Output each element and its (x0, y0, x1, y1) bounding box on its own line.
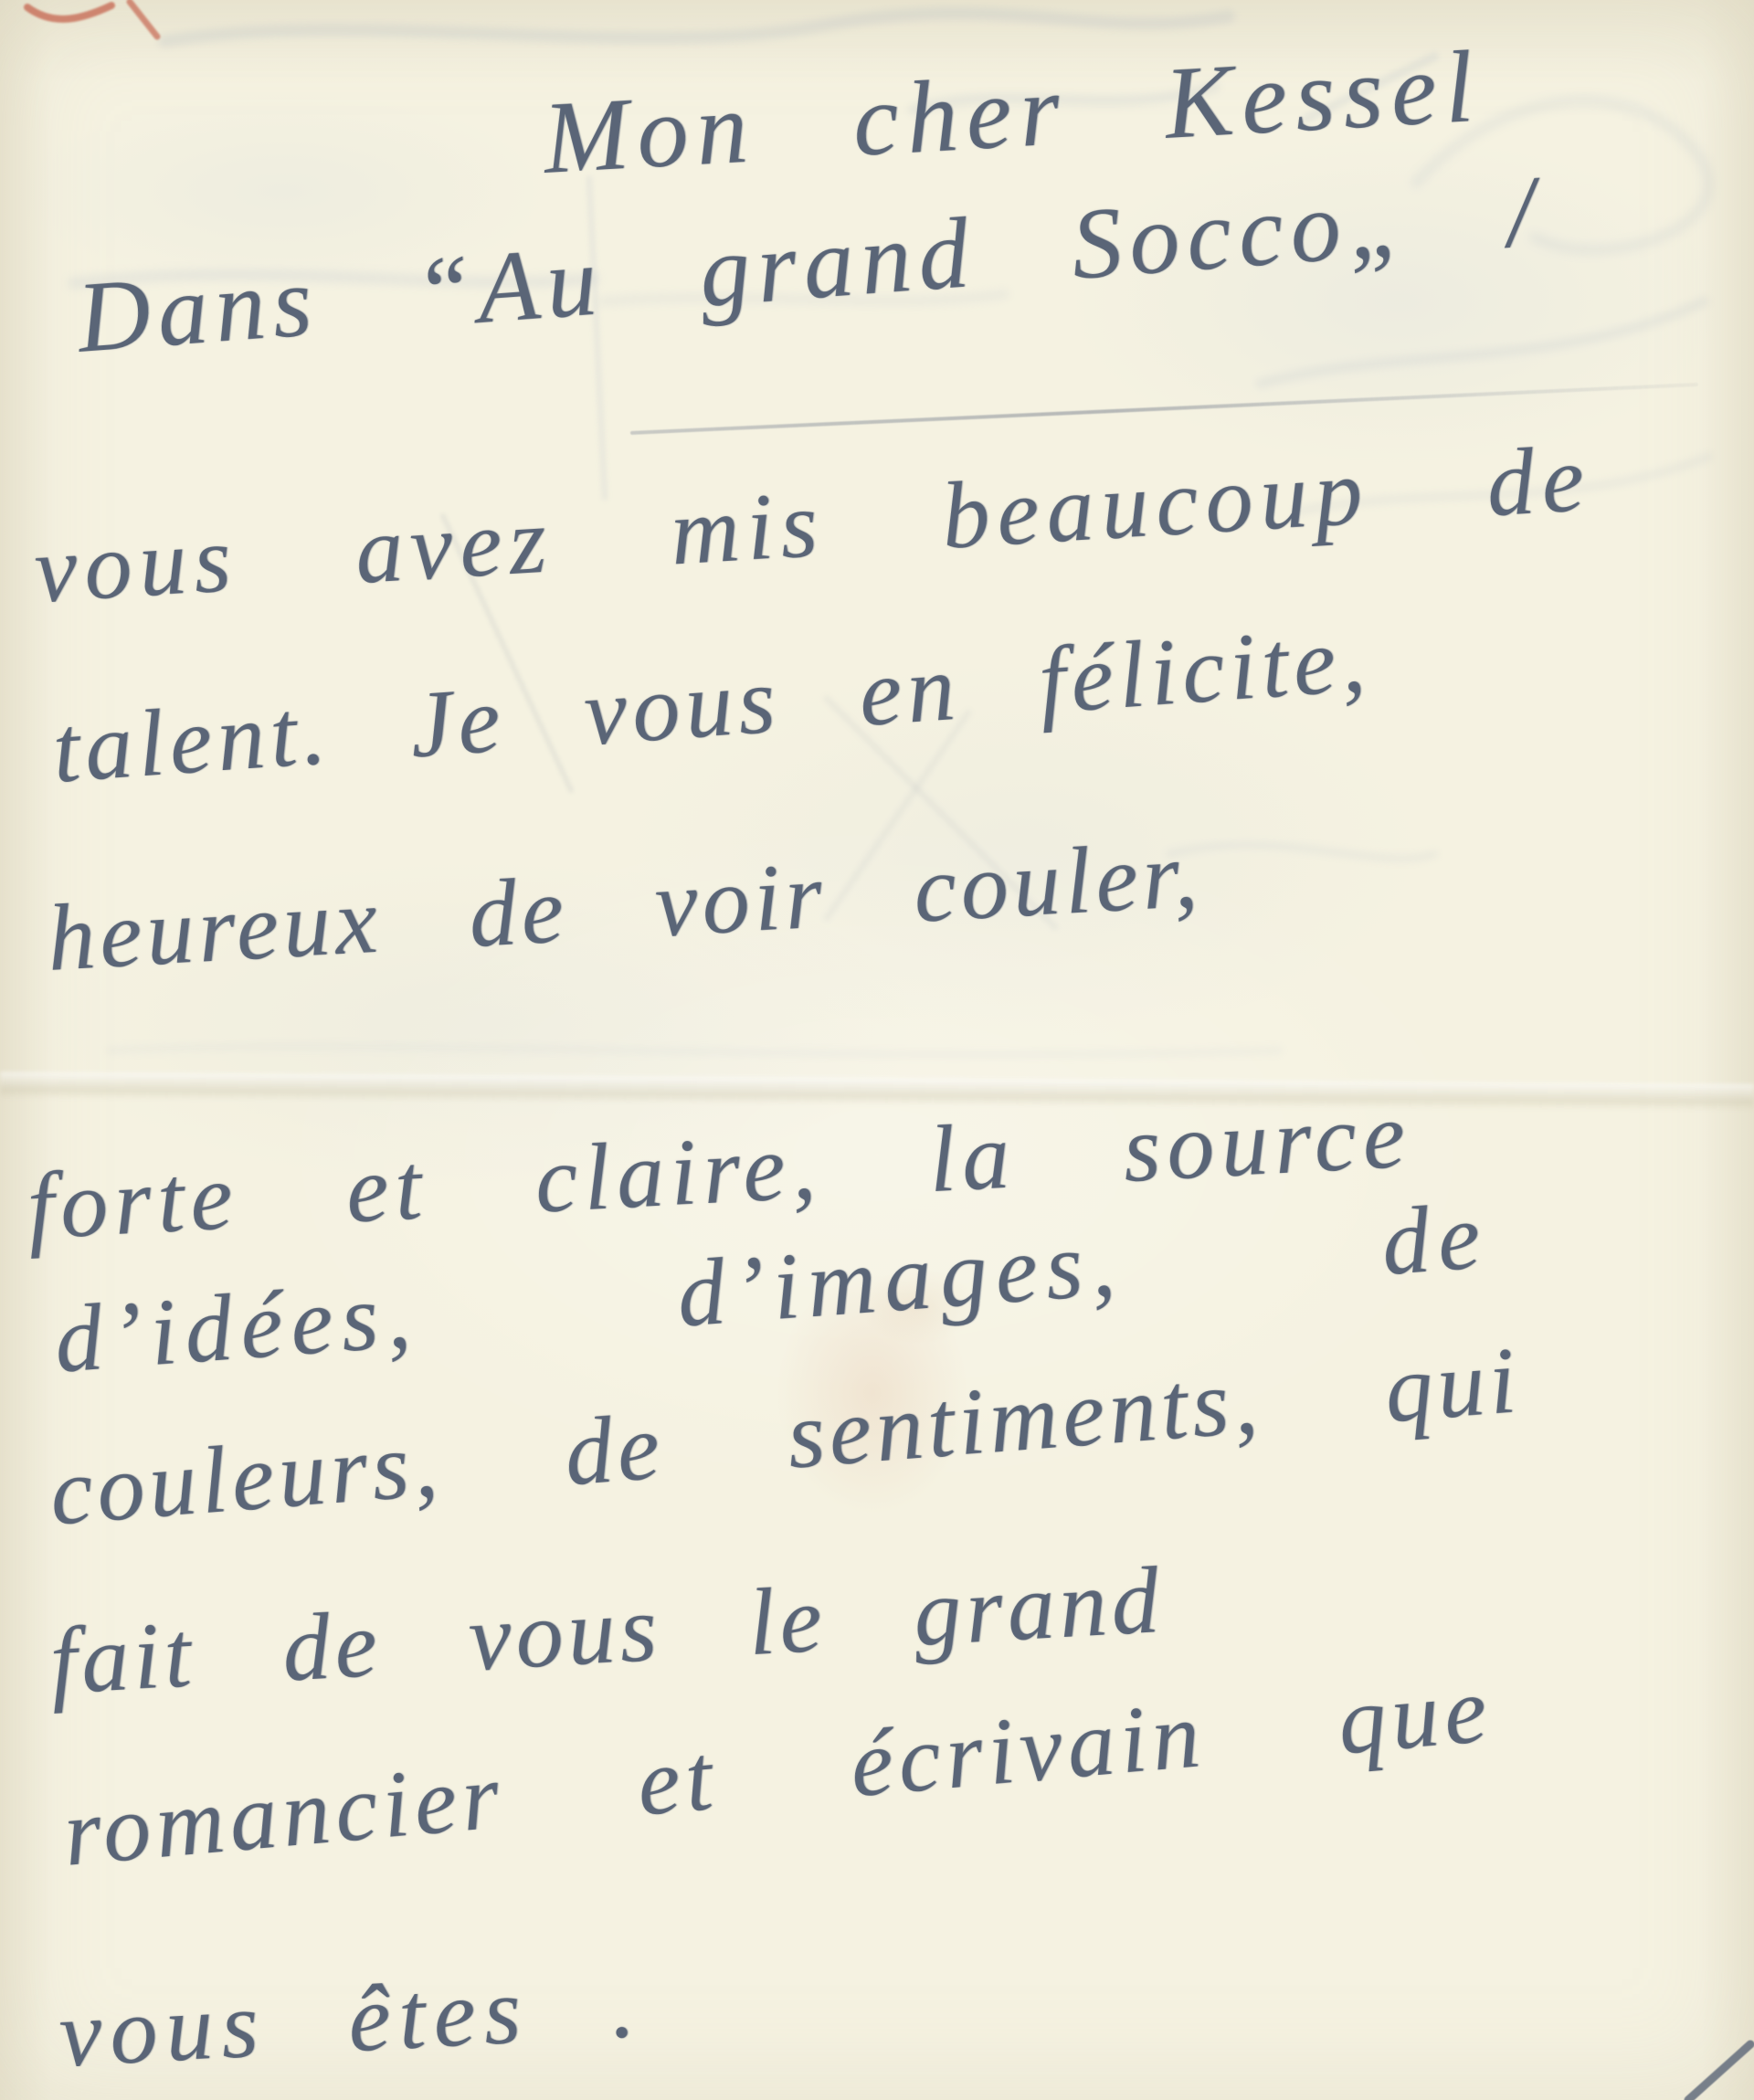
letter-page: Mon cher Kessel Dans “Au grand Socco„ / … (0, 0, 1754, 2100)
title-prefix: Dans (73, 245, 322, 374)
bleedthrough-smudge (110, 1047, 1279, 1055)
bleedthrough-squiggle (1261, 301, 1704, 384)
close-quote: „ (1343, 164, 1414, 280)
red-edge-mark (130, 2, 157, 37)
bleedthrough-squiggle (1169, 845, 1434, 859)
open-quote: “ (410, 233, 481, 349)
red-edge-mark (27, 5, 111, 19)
corner-ink-stroke (1688, 2044, 1750, 2100)
bleedthrough-squiggle (164, 14, 1229, 41)
